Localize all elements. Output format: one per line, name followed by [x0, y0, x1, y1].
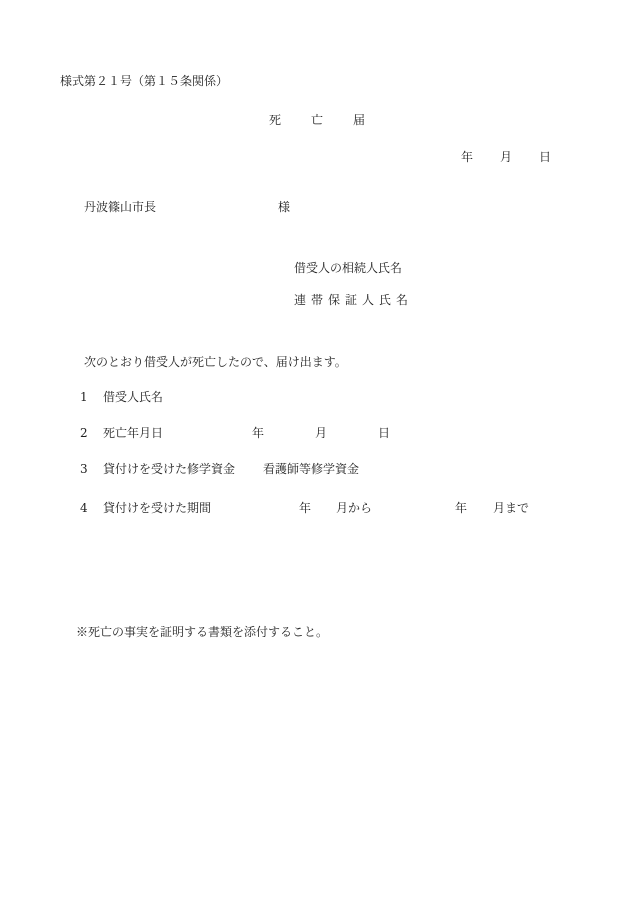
- item-4-month-to-label: 月まで: [493, 500, 529, 516]
- item-3-number: 3: [80, 461, 88, 477]
- date-year-label: 年: [461, 149, 473, 165]
- item-2-label: 死亡年月日: [103, 425, 163, 441]
- addressee-name: 丹波篠山市長: [84, 199, 156, 215]
- form-item-2: 2 死亡年月日 年 月 日: [0, 425, 630, 441]
- item-4-year-from-label: 年: [299, 500, 311, 516]
- item-3-value: 看護師等修学資金: [263, 461, 359, 477]
- item-3-label: 貸付けを受けた修学資金: [103, 461, 235, 477]
- item-2-year-label: 年: [252, 425, 264, 441]
- item-4-month-from-label: 月から: [336, 500, 372, 516]
- item-4-label: 貸付けを受けた期間: [103, 500, 211, 516]
- item-2-day-label: 日: [378, 425, 390, 441]
- attachment-note: ※死亡の事実を証明する書類を添付すること。: [76, 624, 328, 640]
- body-text: 次のとおり借受人が死亡したので、届け出ます。: [84, 354, 347, 370]
- date-month-label: 月: [500, 149, 512, 165]
- item-2-number: 2: [80, 425, 88, 441]
- form-item-1: 1 借受人氏名: [0, 389, 630, 405]
- document-title: 死亡届: [269, 112, 395, 128]
- date-line: 年 月 日: [0, 149, 630, 165]
- item-4-number: 4: [80, 500, 88, 516]
- form-number: 様式第２１号（第１５条関係）: [60, 73, 228, 89]
- item-2-month-label: 月: [315, 425, 327, 441]
- addressee-honorific: 様: [278, 199, 290, 215]
- heir-name-label: 借受人の相続人氏名: [294, 260, 402, 276]
- item-1-label: 借受人氏名: [103, 389, 163, 405]
- item-4-year-to-label: 年: [455, 500, 467, 516]
- item-1-number: 1: [80, 389, 88, 405]
- document-page: 様式第２１号（第１５条関係） 死亡届 年 月 日 丹波篠山市長 様 借受人の相続…: [0, 0, 630, 903]
- addressee-line: 丹波篠山市長 様: [0, 199, 630, 215]
- form-item-3: 3 貸付けを受けた修学資金 看護師等修学資金: [0, 461, 630, 477]
- date-day-label: 日: [539, 149, 551, 165]
- form-item-4: 4 貸付けを受けた期間 年 月から 年 月まで: [0, 500, 630, 516]
- guarantor-name-label: 連帯保証人氏名: [294, 292, 413, 308]
